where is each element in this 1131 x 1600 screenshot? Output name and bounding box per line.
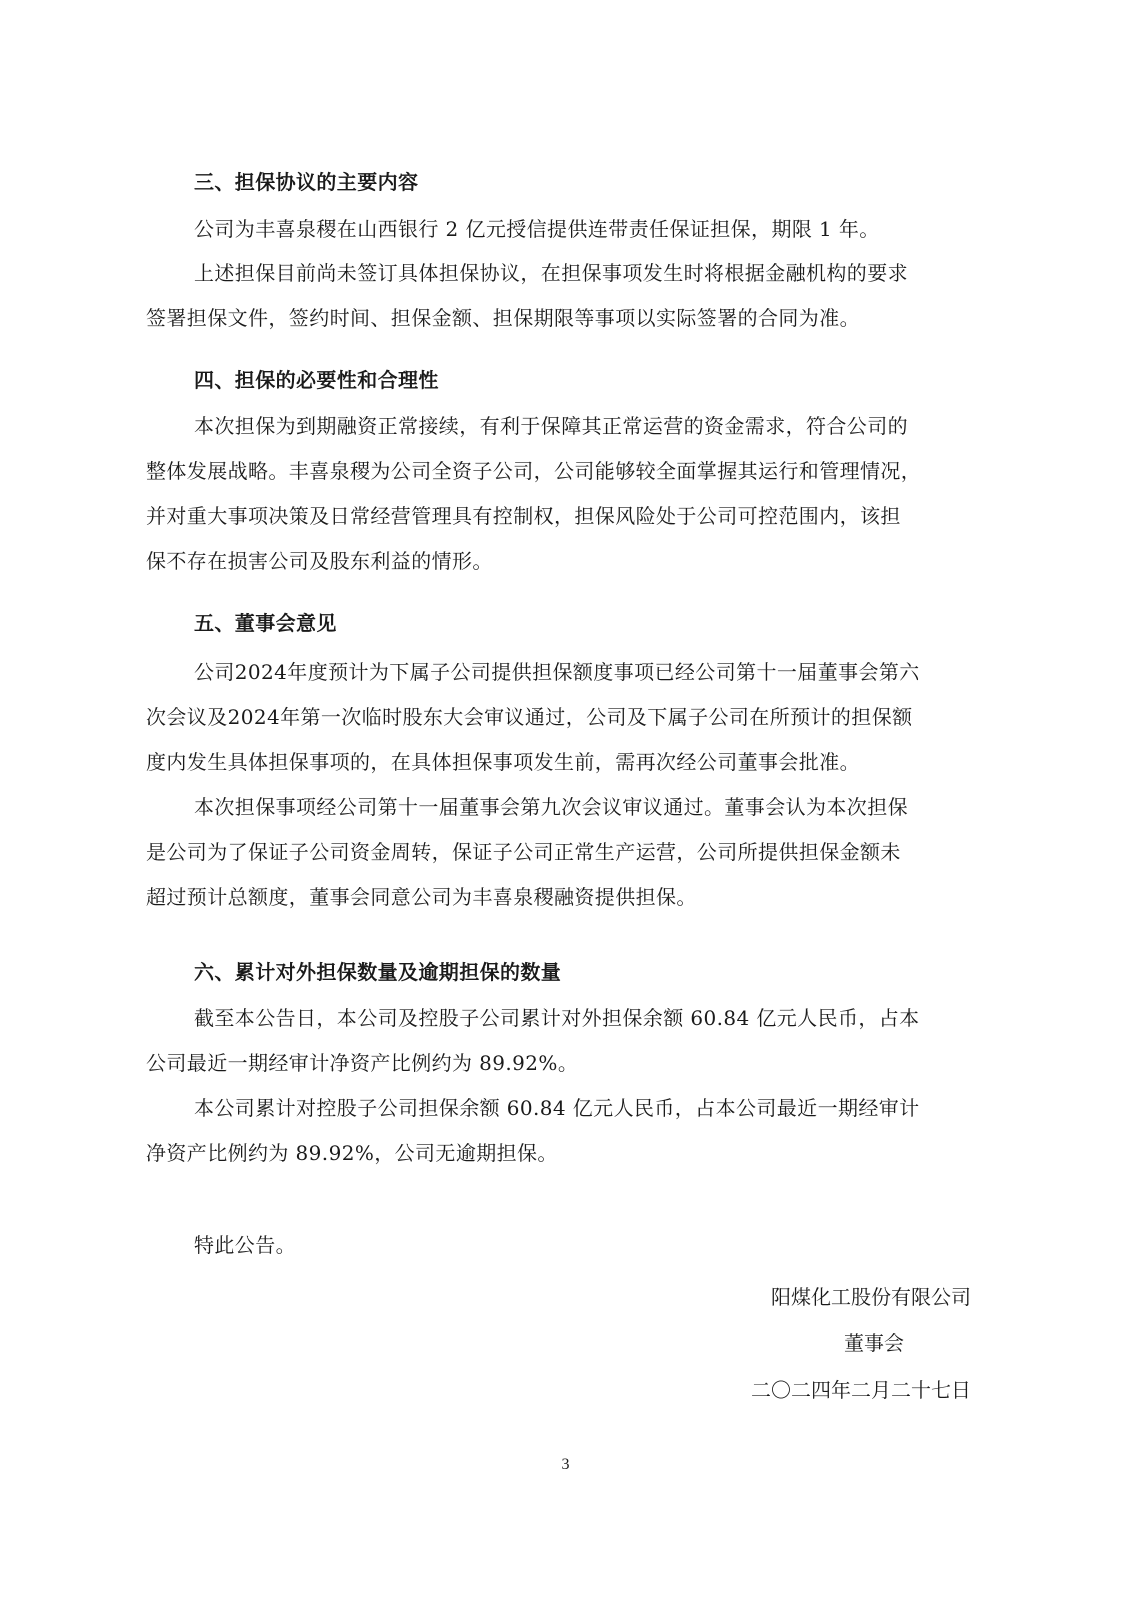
- paragraph-line: 并对重大事项决策及日常经营管理具有控制权，担保风险处于公司可控范围内，该担: [146, 504, 901, 528]
- page-number: 3: [0, 1456, 1131, 1474]
- paragraph-line: 签署担保文件，签约时间、担保金额、担保期限等事项以实际签署的合同为准。: [146, 306, 860, 330]
- section-heading-4: 四、担保的必要性和合理性: [194, 368, 439, 392]
- section-heading-3: 三、担保协议的主要内容: [194, 170, 418, 194]
- paragraph-line: 度内发生具体担保事项的，在具体担保事项发生前，需再次经公司董事会批准。: [146, 750, 860, 774]
- paragraph-line: 本次担保为到期融资正常接续，有利于保障其正常运营的资金需求，符合公司的: [194, 414, 908, 438]
- paragraph-line: 次会议及2024年第一次临时股东大会审议通过，公司及下属子公司在所预计的担保额: [146, 705, 913, 729]
- paragraph-line: 本次担保事项经公司第十一届董事会第九次会议审议通过。董事会认为本次担保: [194, 795, 908, 819]
- paragraph-line: 上述担保目前尚未签订具体担保协议，在担保事项发生时将根据金融机构的要求: [194, 261, 908, 285]
- signature-company: 阳煤化工股份有限公司: [771, 1285, 971, 1309]
- paragraph-line: 保不存在损害公司及股东利益的情形。: [146, 549, 493, 573]
- paragraph-line: 本公司累计对控股子公司担保余额 60.84 亿元人民币，占本公司最近一期经审计: [194, 1096, 920, 1120]
- paragraph-line: 是公司为了保证子公司资金周转，保证子公司正常生产运营，公司所提供担保金额未: [146, 840, 901, 864]
- section-heading-5: 五、董事会意见: [194, 611, 337, 635]
- paragraph-line: 公司最近一期经审计净资产比例约为 89.92%。: [146, 1051, 578, 1075]
- paragraph-line: 净资产比例约为 89.92%，公司无逾期担保。: [146, 1141, 558, 1165]
- paragraph-line: 整体发展战略。丰喜泉稷为公司全资子公司，公司能够较全面掌握其运行和管理情况，: [146, 459, 921, 483]
- signature-date: 二〇二四年二月二十七日: [751, 1378, 971, 1402]
- closing-statement: 特此公告。: [194, 1233, 296, 1257]
- paragraph-line: 超过预计总额度，董事会同意公司为丰喜泉稷融资提供担保。: [146, 885, 697, 909]
- paragraph-line: 公司2024年度预计为下属子公司提供担保额度事项已经公司第十一届董事会第六: [194, 660, 920, 684]
- paragraph-line: 公司为丰喜泉稷在山西银行 2 亿元授信提供连带责任保证担保，期限 1 年。: [194, 217, 880, 241]
- section-heading-6: 六、累计对外担保数量及逾期担保的数量: [194, 960, 561, 984]
- document-page: 三、担保协议的主要内容 公司为丰喜泉稷在山西银行 2 亿元授信提供连带责任保证担…: [0, 0, 1131, 1600]
- signature-board: 董事会: [844, 1331, 904, 1355]
- paragraph-line: 截至本公告日，本公司及控股子公司累计对外担保余额 60.84 亿元人民币，占本: [194, 1006, 920, 1030]
